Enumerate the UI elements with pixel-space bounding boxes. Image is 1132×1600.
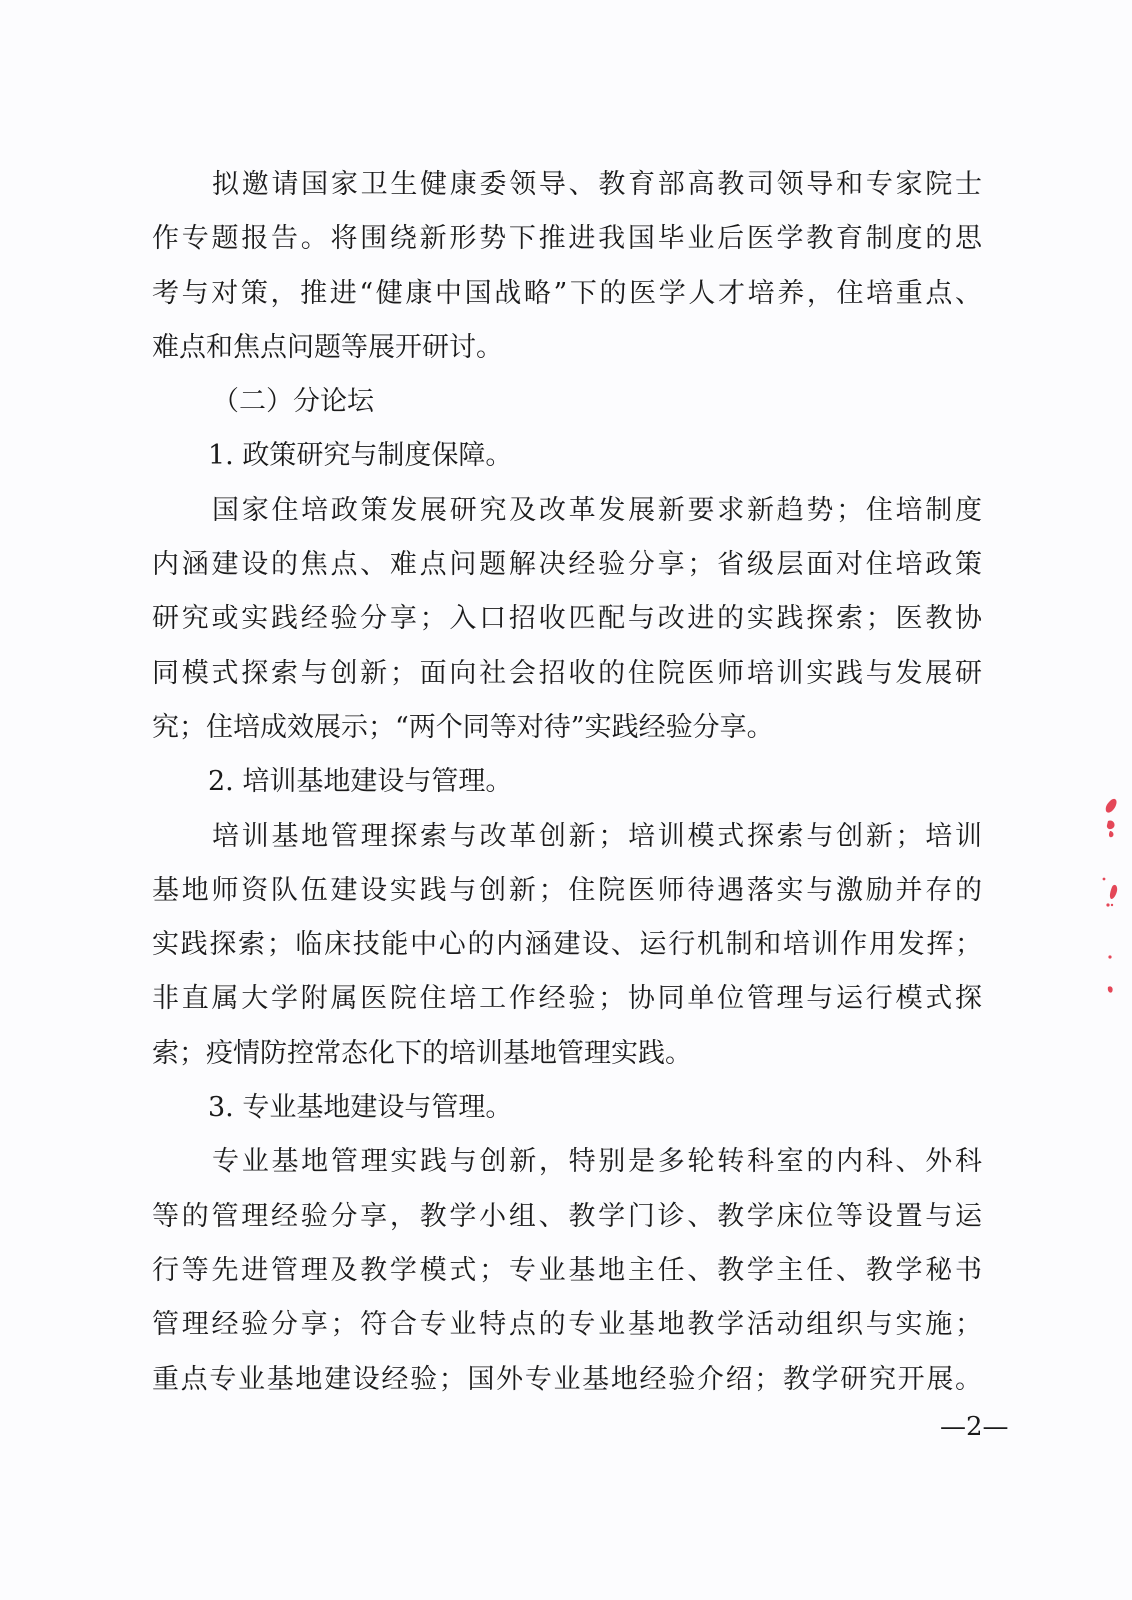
paragraph-line: 非直属大学附属医院住培工作经验；协同单位管理与运行模式探: [152, 972, 982, 1026]
paragraph-line: 等的管理经验分享，教学小组、教学门诊、教学床位等设置与运: [152, 1190, 982, 1244]
paragraph-line: 基地师资队伍建设实践与创新；住院医师待遇落实与激励并存的: [152, 864, 982, 918]
paragraph-line: 培训基地管理探索与改革创新；培训模式探索与创新；培训: [152, 810, 982, 864]
paragraph-line: 专业基地管理实践与创新，特别是多轮转科室的内科、外科: [152, 1135, 982, 1189]
paragraph-line: 究；住培成效展示；“两个同等对待”实践经验分享。: [152, 701, 982, 755]
document-body: 拟邀请国家卫生健康委领导、教育部高教司领导和专家院士 作专题报告。将围绕新形势下…: [152, 158, 982, 1407]
subsection-heading: 1. 政策研究与制度保障。: [152, 429, 982, 483]
paragraph-line: 行等先进管理及教学模式；专业基地主任、教学主任、教学秘书: [152, 1244, 982, 1298]
paragraph-line: 考与对策，推进“健康中国战略”下的医学人才培养，住培重点、: [152, 267, 982, 321]
paragraph-line: 管理经验分享；符合专业特点的专业基地教学活动组织与实施；: [152, 1298, 982, 1352]
subsection-heading: 2. 培训基地建设与管理。: [152, 755, 982, 809]
paragraph-line: 同模式探索与创新；面向社会招收的住院医师培训实践与发展研: [152, 647, 982, 701]
paragraph-line: 重点专业基地建设经验；国外专业基地经验介绍；教学研究开展。: [152, 1353, 982, 1407]
seal-stamp-fragment-icon: [1088, 795, 1128, 995]
paragraph-line: 研究或实践经验分享；入口招收匹配与改进的实践探索；医教协: [152, 592, 982, 646]
subsection-heading: 3. 专业基地建设与管理。: [152, 1081, 982, 1135]
page-number: —2—: [940, 1412, 1009, 1442]
paragraph-line: 难点和焦点问题等展开研讨。: [152, 321, 982, 375]
paragraph-line: 索；疫情防控常态化下的培训基地管理实践。: [152, 1027, 982, 1081]
paragraph-line: 国家住培政策发展研究及改革发展新要求新趋势；住培制度: [152, 484, 982, 538]
paragraph-line: 拟邀请国家卫生健康委领导、教育部高教司领导和专家院士: [152, 158, 982, 212]
paragraph-line: 作专题报告。将围绕新形势下推进我国毕业后医学教育制度的思: [152, 212, 982, 266]
paragraph-line: 内涵建设的焦点、难点问题解决经验分享；省级层面对住培政策: [152, 538, 982, 592]
paragraph-line: 实践探索；临床技能中心的内涵建设、运行机制和培训作用发挥；: [152, 918, 982, 972]
section-heading: （二）分论坛: [152, 375, 982, 429]
document-page: 拟邀请国家卫生健康委领导、教育部高教司领导和专家院士 作专题报告。将围绕新形势下…: [0, 0, 1132, 1600]
